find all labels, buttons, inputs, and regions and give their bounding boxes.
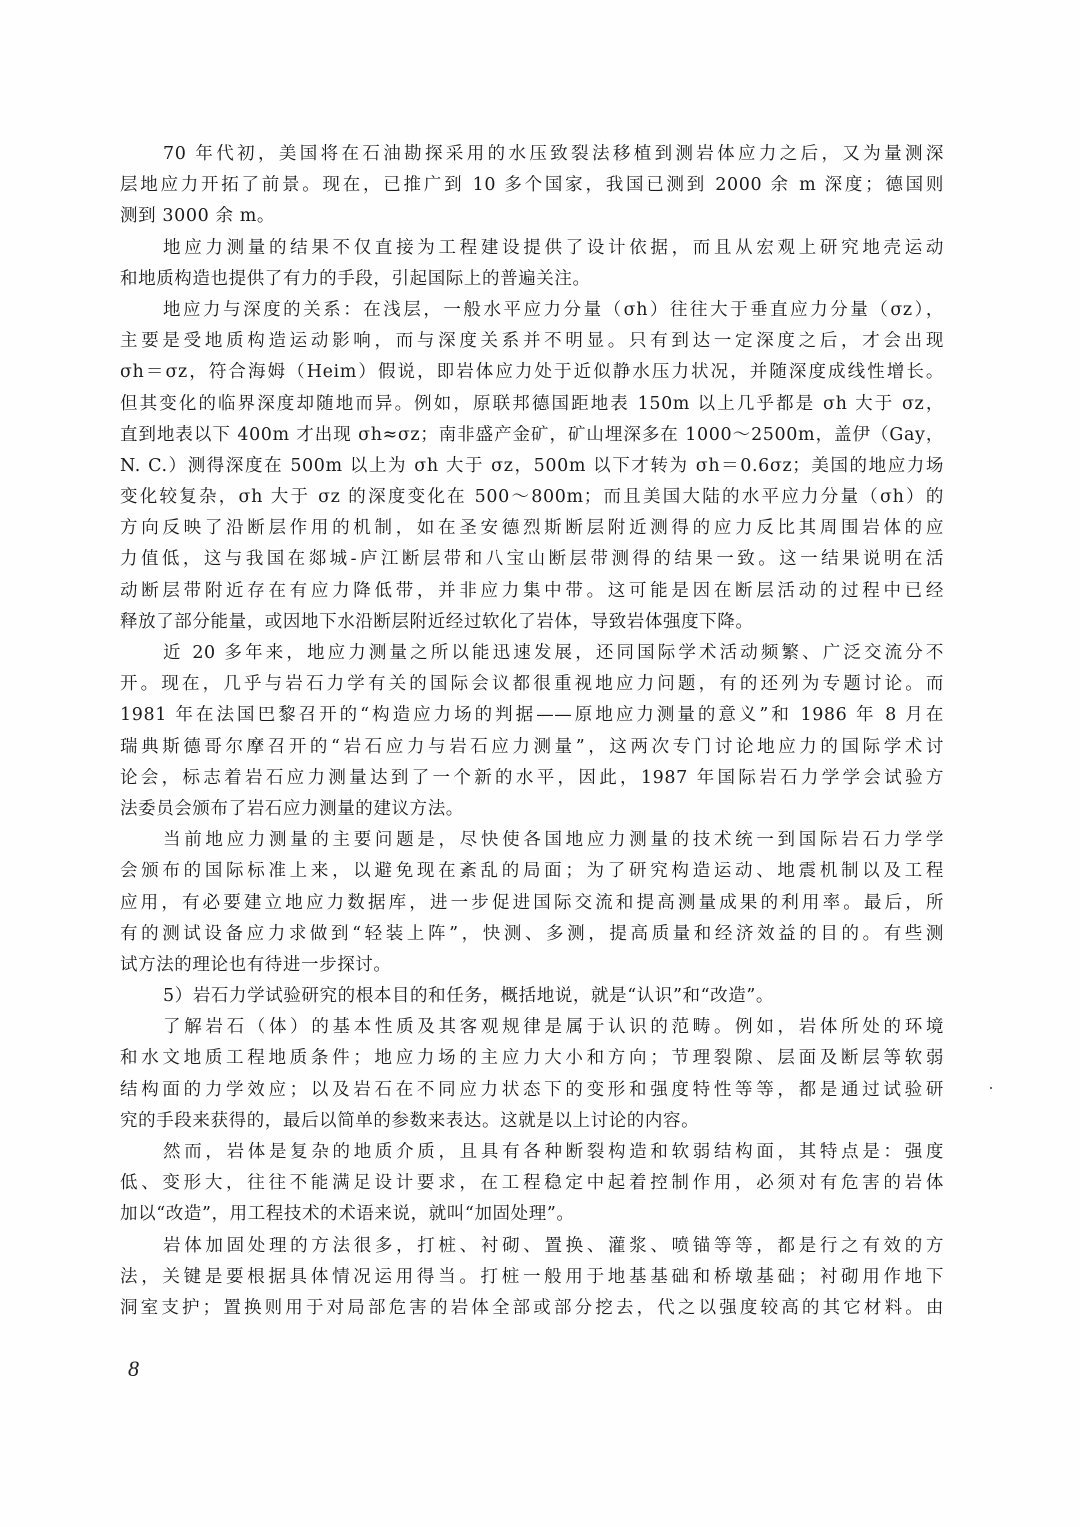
text-line: 地应力与深度的关系：在浅层，一般水平应力分量（σh）往往大于垂直应力分量（σz）…: [120, 295, 944, 326]
text-line: 近 20 多年来，地应力测量之所以能迅速发展，还同国际学术活动频繁、广泛交流分不: [120, 638, 944, 669]
text-line: 试方法的理论也有待进一步探讨。: [120, 950, 944, 981]
text-line: 低、变形大，往往不能满足设计要求，在工程稳定中起着控制作用，必须对有危害的岩体: [120, 1168, 944, 1199]
paragraph: 地应力测量的结果不仅直接为工程建设提供了设计依据，而且从宏观上研究地壳运动 和地…: [120, 233, 944, 295]
text-line: N. C.）测得深度在 500m 以上为 σh 大于 σz，500m 以下才转为…: [120, 451, 944, 482]
text-line: 法，关键是要根据具体情况运用得当。打桩一般用于地基基础和桥墩基础；衬砌用作地下: [120, 1262, 944, 1293]
paragraph: 当前地应力测量的主要问题是，尽快使各国地应力测量的技术统一到国际岩石力学学 会颁…: [120, 825, 944, 981]
text-line: 测到 3000 余 m。: [120, 201, 944, 232]
text-line: 方向反映了沿断层作用的机制，如在圣安德烈斯断层附近测得的应力反比其周围岩体的应: [120, 513, 944, 544]
text-line: 1981 年在法国巴黎召开的“构造应力场的判据——原地应力测量的意义”和 198…: [120, 700, 944, 731]
scan-speck: [990, 1087, 992, 1089]
text-line: 70 年代初，美国将在石油勘探采用的水压致裂法移植到测岩体应力之后，又为量测深: [120, 139, 944, 170]
text-line: 动断层带附近存在有应力降低带，并非应力集中带。这可能是因在断层活动的过程中已经: [120, 576, 944, 607]
text-line: 会颁布的国际标准上来，以避免现在紊乱的局面；为了研究构造运动、地震机制以及工程: [120, 856, 944, 887]
text-line: 和水文地质工程地质条件；地应力场的主应力大小和方向；节理裂隙、层面及断层等软弱: [120, 1043, 944, 1074]
text-line: 变化较复杂，σh 大于 σz 的深度变化在 500～800m；而且美国大陆的水平…: [120, 482, 944, 513]
text-line: 究的手段来获得的，最后以简单的参数来表达。这就是以上讨论的内容。: [120, 1106, 944, 1137]
text-line: 瑞典斯德哥尔摩召开的“岩石应力与岩石应力测量”，这两次专门讨论地应力的国际学术讨: [120, 732, 944, 763]
paragraph: 岩体加固处理的方法很多，打桩、衬砌、置换、灌浆、喷锚等等，都是行之有效的方 法，…: [120, 1231, 944, 1325]
text-line: 主要是受地质构造运动影响，而与深度关系并不明显。只有到达一定深度之后，才会出现: [120, 326, 944, 357]
paragraph: 地应力与深度的关系：在浅层，一般水平应力分量（σh）往往大于垂直应力分量（σz）…: [120, 295, 944, 638]
text-line: 有的测试设备应力求做到“轻装上阵”，快测、多测，提高质量和经济效益的目的。有些测: [120, 919, 944, 950]
text-line: 法委员会颁布了岩石应力测量的建议方法。: [120, 794, 944, 825]
paragraph: 近 20 多年来，地应力测量之所以能迅速发展，还同国际学术活动频繁、广泛交流分不…: [120, 638, 944, 825]
page-number: 8: [128, 1356, 139, 1382]
text-line: 地应力测量的结果不仅直接为工程建设提供了设计依据，而且从宏观上研究地壳运动: [120, 233, 944, 264]
text-line: 了解岩石（体）的基本性质及其客观规律是属于认识的范畴。例如，岩体所处的环境: [120, 1012, 944, 1043]
text-line: σh＝σz，符合海姆（Heim）假说，即岩体应力处于近似静水压力状况，并随深度成…: [120, 357, 944, 388]
text-line: 但其变化的临界深度却随地而异。例如，原联邦德国距地表 150m 以上几乎都是 σ…: [120, 389, 944, 420]
text-line: 释放了部分能量，或因地下水沿断层附近经过软化了岩体，导致岩体强度下降。: [120, 607, 944, 638]
text-line: 开。现在，几乎与岩石力学有关的国际会议都很重视地应力问题，有的还列为专题讨论。而: [120, 669, 944, 700]
text-line: 加以“改造”，用工程技术的术语来说，就叫“加固处理”。: [120, 1199, 944, 1230]
numbered-item: 5）岩石力学试验研究的根本目的和任务，概括地说，就是“认识”和“改造”。: [120, 981, 944, 1012]
text-line: 论会，标志着岩石应力测量达到了一个新的水平，因此，1987 年国际岩石力学学会试…: [120, 763, 944, 794]
text-line: 直到地表以下 400m 才出现 σh≈σz；南非盛产金矿，矿山埋深多在 1000…: [120, 420, 944, 451]
text-line: 和地质构造也提供了有力的手段，引起国际上的普遍关注。: [120, 264, 944, 295]
text-line: 5）岩石力学试验研究的根本目的和任务，概括地说，就是“认识”和“改造”。: [120, 981, 944, 1012]
body-text: 70 年代初，美国将在石油勘探采用的水压致裂法移植到测岩体应力之后，又为量测深 …: [120, 139, 944, 1324]
text-line: 当前地应力测量的主要问题是，尽快使各国地应力测量的技术统一到国际岩石力学学: [120, 825, 944, 856]
text-line: 洞室支护；置换则用于对局部危害的岩体全部或部分挖去，代之以强度较高的其它材料。由: [120, 1293, 944, 1324]
text-line: 结构面的力学效应；以及岩石在不同应力状态下的变形和强度特性等等，都是通过试验研: [120, 1075, 944, 1106]
text-line: 然而，岩体是复杂的地质介质，且具有各种断裂构造和软弱结构面，其特点是：强度: [120, 1137, 944, 1168]
text-line: 岩体加固处理的方法很多，打桩、衬砌、置换、灌浆、喷锚等等，都是行之有效的方: [120, 1231, 944, 1262]
paragraph: 了解岩石（体）的基本性质及其客观规律是属于认识的范畴。例如，岩体所处的环境 和水…: [120, 1012, 944, 1137]
document-page: 70 年代初，美国将在石油勘探采用的水压致裂法移植到测岩体应力之后，又为量测深 …: [0, 0, 1080, 1527]
paragraph: 70 年代初，美国将在石油勘探采用的水压致裂法移植到测岩体应力之后，又为量测深 …: [120, 139, 944, 233]
paragraph: 然而，岩体是复杂的地质介质，且具有各种断裂构造和软弱结构面，其特点是：强度 低、…: [120, 1137, 944, 1231]
text-line: 应用，有必要建立地应力数据库，进一步促进国际交流和提高测量成果的利用率。最后，所: [120, 888, 944, 919]
text-line: 层地应力开拓了前景。现在，已推广到 10 多个国家，我国已测到 2000 余 m…: [120, 170, 944, 201]
text-line: 力值低，这与我国在郯城-庐江断层带和八宝山断层带测得的结果一致。这一结果说明在活: [120, 544, 944, 575]
